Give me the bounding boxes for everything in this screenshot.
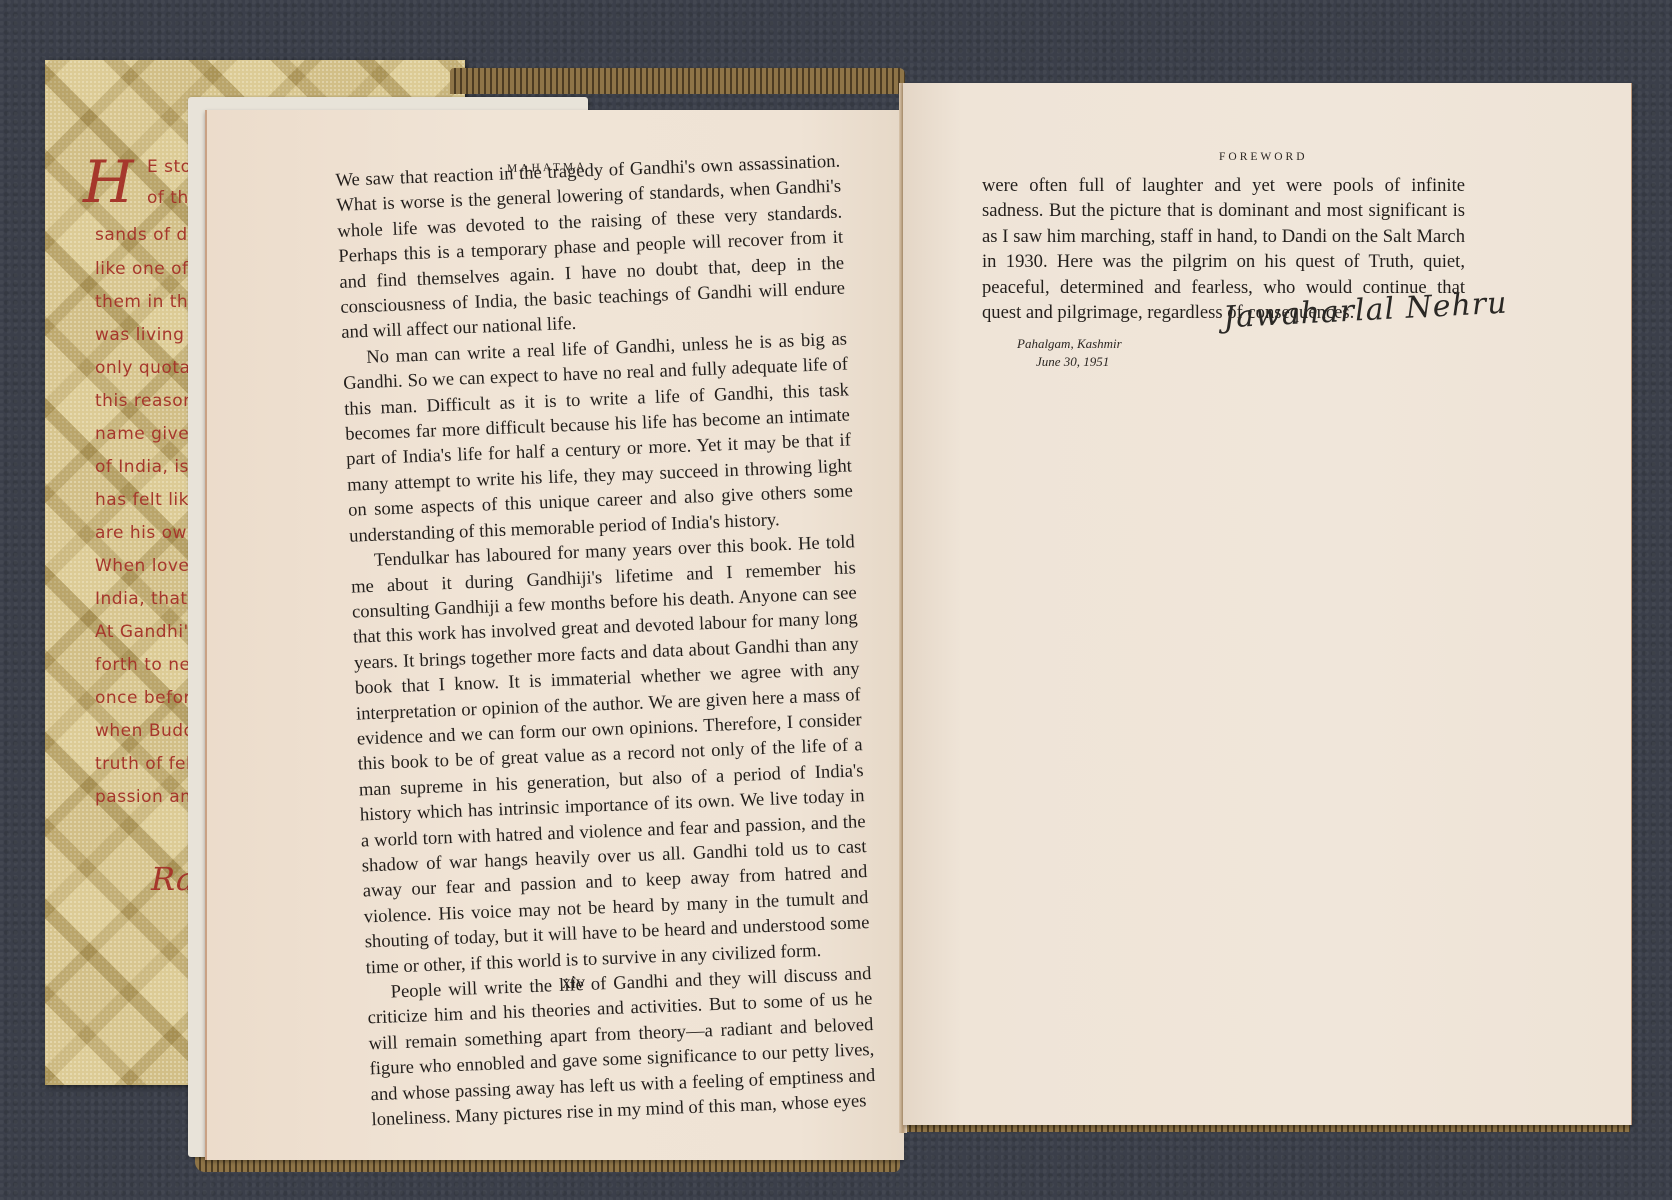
paragraph: Tendulkar has laboured for many years ov… <box>350 529 871 980</box>
signing-place: Pahalgam, Kashmir <box>1017 336 1122 352</box>
jacket-line: E sto <box>147 157 192 177</box>
signing-date: June 30, 1951 <box>1036 354 1109 370</box>
jacket-line: only quotati <box>95 358 203 378</box>
jacket-line: are his ow <box>95 523 187 543</box>
running-head-right: FOREWORD <box>1219 151 1308 163</box>
paragraph: We saw that reaction in the tragedy of G… <box>335 149 846 346</box>
right-page: FOREWORD were often full of laughter and… <box>903 83 1632 1125</box>
left-page: MAHATMA We saw that reaction in the trag… <box>205 110 904 1160</box>
jacket-line: name given <box>95 424 200 444</box>
paragraph: People will write the life of Gandhi and… <box>366 961 876 1133</box>
jacket-line: this reason <box>95 391 194 411</box>
left-page-body: We saw that reaction in the tragedy of G… <box>335 149 877 1133</box>
book-cover-top-edge <box>450 68 905 94</box>
jacket-line: when Budd <box>95 721 195 741</box>
jacket-line: When love <box>95 556 189 576</box>
jacket-line: of th <box>147 188 189 208</box>
jacket-line: has felt like <box>95 490 199 510</box>
jacket-line: once before <box>95 688 202 708</box>
jacket-line: sands of d <box>95 225 188 245</box>
jacket-line: like one of t <box>95 259 202 279</box>
jacket-line: At Gandhi's <box>95 622 198 642</box>
jacket-line: truth of fell <box>95 754 196 774</box>
jacket-line: forth to ne <box>95 655 190 675</box>
jacket-line: was living t <box>95 325 197 345</box>
jacket-drop-cap: H <box>83 148 134 216</box>
paragraph: No man can write a real life of Gandhi, … <box>342 326 854 548</box>
page-number: xiv <box>562 972 585 993</box>
